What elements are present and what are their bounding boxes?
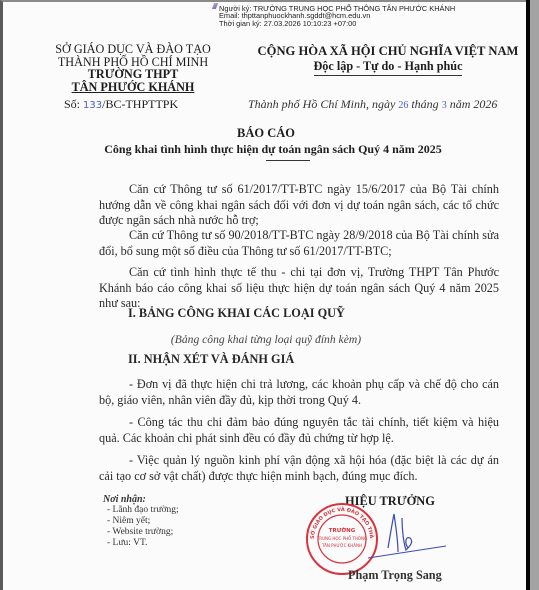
document-page: Người ký: TRƯỜNG TRUNG HỌC PHỔ THÔNG TÂN… bbox=[0, 0, 526, 590]
svg-text:TRƯỜNG: TRƯỜNG bbox=[329, 527, 356, 534]
nation-name: CỘNG HÒA XÃ HỘI CHỦ NGHĨA VIỆT NAM bbox=[243, 44, 533, 59]
recipient-item: - Niêm yết; bbox=[103, 516, 179, 527]
document-date: Thành phố Hồ Chí Minh, ngày 26 tháng 3 n… bbox=[248, 97, 497, 112]
svg-text:TÂN PHƯỚC KHÁNH: TÂN PHƯỚC KHÁNH bbox=[321, 543, 362, 548]
assessment-item-2: - Công tác thu chi đảm bảo đúng nguyên t… bbox=[99, 415, 499, 446]
issuer-school-name: TÂN PHƯỚC KHÁNH bbox=[43, 81, 223, 94]
section2-heading: II. NHẬN XÉT VÀ ĐÁNH GIÁ bbox=[128, 352, 294, 367]
sign-time-line: Thời gian ký: 27.03.2026 10:10:23 +07:00 bbox=[219, 20, 455, 27]
document-title: BÁO CÁO bbox=[3, 126, 529, 141]
issuer-school: TRƯỜNG THPT bbox=[43, 68, 223, 81]
assessment-item-3: - Việc quản lý nguồn kinh phí vận động x… bbox=[99, 453, 499, 484]
viewer-background bbox=[530, 0, 539, 590]
recipient-item: - Website trường; bbox=[103, 527, 179, 538]
national-motto: Độc lập - Tự do - Hạnh phúc bbox=[314, 59, 463, 76]
signature-check-icon bbox=[212, 3, 218, 9]
title-divider bbox=[266, 160, 310, 161]
paragraph-basis-1: Căn cứ Thông tư số 61/2017/TT-BTC ngày 1… bbox=[99, 182, 499, 229]
document-number: Số: 133/BC-THPTTPK bbox=[64, 97, 178, 112]
handwritten-day: 26 bbox=[398, 100, 408, 111]
digital-signature-block: Người ký: TRƯỜNG TRUNG HỌC PHỔ THÔNG TÂN… bbox=[219, 5, 455, 27]
signer-name: Phạm Trọng Sang bbox=[348, 568, 442, 583]
recipients-block: Nơi nhận: - Lãnh đạo trường; - Niêm yết;… bbox=[103, 494, 179, 549]
handwritten-number: 133 bbox=[83, 100, 102, 111]
national-header: CỘNG HÒA XÃ HỘI CHỦ NGHĨA VIỆT NAM Độc l… bbox=[243, 44, 533, 76]
recipients-title: Nơi nhận: bbox=[103, 494, 179, 505]
paragraph-basis-3: Căn cứ tình hình thực tế thu - chi tại đ… bbox=[99, 265, 499, 312]
issuer-dept: SỞ GIÁO DỤC VÀ ĐÀO TẠO bbox=[43, 43, 223, 56]
handwritten-signature-icon bbox=[358, 508, 448, 568]
assessment-item-1: - Đơn vị đã thực hiện chi trả lương, các… bbox=[99, 377, 499, 408]
section1-note: (Bảng công khai từng loại quỹ đính kèm) bbox=[3, 333, 529, 346]
recipient-item: - Lãnh đạo trường; bbox=[103, 505, 179, 516]
recipient-item: - Lưu: VT. bbox=[103, 538, 179, 549]
section1-heading: I. BẢNG CÔNG KHAI CÁC LOẠI QUỸ bbox=[128, 306, 345, 321]
document-subtitle: Công khai tình hình thực hiện dự toán ng… bbox=[3, 142, 539, 157]
paragraph-basis-2: Căn cứ Thông tư số 90/2018/TT-BTC ngày 2… bbox=[99, 228, 499, 259]
issuer-header: SỞ GIÁO DỤC VÀ ĐÀO TẠO THÀNH PHỐ HỒ CHÍ … bbox=[43, 43, 223, 93]
